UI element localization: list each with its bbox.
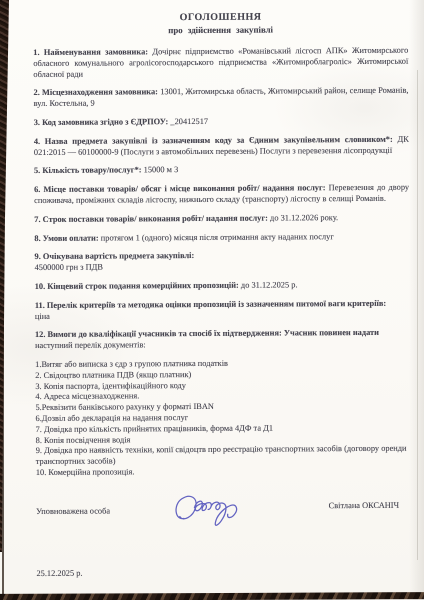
item-label: 8. Умови оплати: — [34, 233, 98, 242]
item-text: 15000 м 3 — [144, 165, 179, 174]
item-4-procurement-subject: 4. Назва предмета закупівлі із зазначенн… — [34, 134, 409, 158]
item-label: 12. Вимоги до кваліфікації учасників та … — [35, 328, 379, 339]
scan-fold-line — [417, 70, 418, 560]
item-text: _20412517 — [170, 117, 208, 126]
item-3-edrpou-code: 3. Код замовника згідно з ЄДРПОУ: _20412… — [34, 116, 409, 129]
item-text: протягом 1 (одного) місяця після отриман… — [101, 232, 334, 242]
item-11-criteria: 11. Перелік критеріїв та методика оцінки… — [35, 298, 410, 322]
item-7-delivery-term: 7. Строк поставки товарів/ виконання роб… — [34, 212, 409, 225]
item-label: 2. Місцезнаходження замовника: — [33, 88, 158, 98]
signer-name: Світлана ОКСАНІЧ — [329, 490, 400, 511]
signature-block: Уповноважена особа Світлана ОКСАНІЧ — [36, 490, 411, 538]
item-10-submission-deadline: 10. Кінцевий строк подання комерційних п… — [35, 280, 410, 293]
item-text: до 31.12.2025 р. — [241, 280, 298, 289]
scan-edge-bottom — [0, 592, 424, 600]
item-label: 7. Строк поставки товарів/ виконання роб… — [34, 213, 268, 223]
item-text: до 31.12.2026 року. — [270, 213, 338, 222]
item-12-qualification-requirements: 12. Вимоги до кваліфікації учасників та … — [35, 328, 410, 352]
item-text: ціна — [35, 309, 410, 322]
document-content: ОГОЛОШЕННЯ про здійснення закупівлі 1. Н… — [33, 8, 411, 580]
item-label: 4. Назва предмета закупівлі із зазначенн… — [34, 135, 393, 146]
item-label: 10. Кінцевий строк подання комерційних п… — [35, 281, 239, 291]
item-5-quantity: 5. Кількість товару/послуг*: 15000 м 3 — [34, 164, 409, 177]
authorized-person-label: Уповноважена особа — [36, 492, 110, 517]
item-8-payment-terms: 8. Умови оплати: протягом 1 (одного) міс… — [34, 231, 409, 244]
item-label: 6. Місце поставки товарів/ обсяг і місце… — [34, 183, 326, 194]
item-label: 11. Перелік критеріїв та методика оцінки… — [35, 299, 386, 310]
item-9-expected-value: 9. Очікувана вартість предмета закупівлі… — [34, 250, 409, 274]
document-date: 25.12.2025 р. — [36, 566, 411, 579]
scanned-document-page: ОГОЛОШЕННЯ про здійснення закупівлі 1. Н… — [0, 0, 424, 600]
item-1-customer-name: 1. Найменування замовника: Дочірнє підпр… — [33, 46, 408, 81]
requirement-item: 9. Довідка про наявність техніки, копії … — [36, 444, 411, 468]
requirement-item: 10. Комерційна пропозиція. — [36, 466, 411, 479]
handwritten-signature-icon — [168, 489, 256, 537]
scan-edge-left — [0, 0, 9, 552]
item-label: 3. Код замовника згідно з ЄДРПОУ: — [34, 117, 169, 127]
item-label: 5. Кількість товару/послуг*: — [34, 166, 142, 176]
item-text: 4500000 грн з ПДВ — [35, 261, 410, 274]
item-6-delivery-place: 6. Місце поставки товарів/ обсяг і місце… — [34, 183, 409, 207]
item-label: 9. Очікувана вартість предмета закупівлі… — [34, 251, 194, 261]
item-2-customer-address: 2. Місцезнаходження замовника: 13001, Жи… — [33, 86, 408, 110]
document-subtitle: про здійснення закупівлі — [33, 23, 408, 37]
item-text: наступний перелік документів: — [35, 339, 410, 352]
requirements-list: 1.Витяг або виписка з єдр з групою платн… — [35, 358, 411, 479]
item-label: 1. Найменування замовника: — [33, 47, 148, 57]
